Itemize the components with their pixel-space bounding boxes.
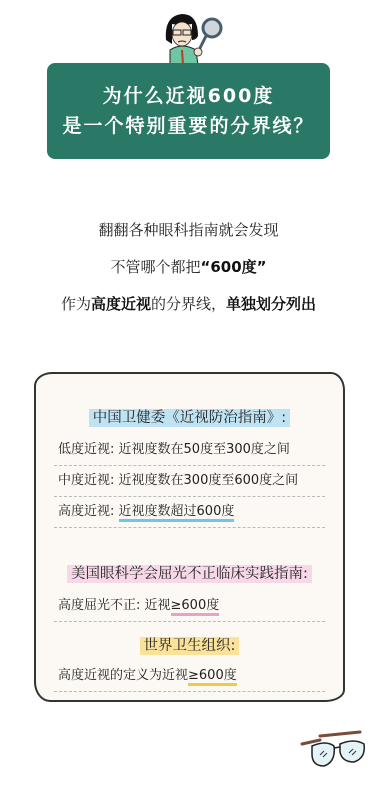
section-title: 美国眼科学会屈光不正临床实践指南: <box>67 565 312 583</box>
row-label: 高度近视: <box>58 504 114 519</box>
row-label: 高度近视的定义为近视 <box>58 668 188 683</box>
row-label: 高度屈光不正: 近视 <box>58 598 171 613</box>
list-item: 高度近视的定义为近视≥600度 <box>54 661 325 692</box>
list-item: 低度近视: 近视度数在50度至300度之间 <box>54 435 325 466</box>
doctor-with-magnifier-icon <box>152 10 232 65</box>
intro-line-3-text-a: 作为 <box>61 295 91 313</box>
intro-line-3: 作为高度近视的分界线，单独划分列出 <box>0 292 377 329</box>
intro-text: 翻翻各种眼科指南就会发现 不管哪个都把“600度” 作为高度近视的分界线，单独划… <box>0 218 377 329</box>
intro-line-3-text-b: 的分界线， <box>151 295 226 313</box>
eyeglasses-icon <box>300 728 370 773</box>
row-value: 近视度数超过600度 <box>119 504 235 522</box>
list-item: 高度屈光不正: 近视≥600度 <box>54 591 325 622</box>
intro-line-2: 不管哪个都把“600度” <box>0 255 377 292</box>
guidelines-card: 中国卫健委《近视防治指南》: 低度近视: 近视度数在50度至300度之间 中度近… <box>34 372 345 702</box>
intro-line-2-bold: “600度” <box>200 258 266 276</box>
row-value: ≥600度 <box>188 668 237 686</box>
section-title: 世界卫生组织: <box>140 637 240 655</box>
intro-line-1: 翻翻各种眼科指南就会发现 <box>0 218 377 255</box>
section-aao: 美国眼科学会屈光不正临床实践指南: 高度屈光不正: 近视≥600度 <box>36 562 343 622</box>
title-banner: 为什么近视600度 是一个特别重要的分界线？ <box>47 63 330 159</box>
title-line-1: 为什么近视600度 <box>103 81 275 111</box>
row-label: 中度近视: <box>58 473 114 488</box>
section-china-nhc: 中国卫健委《近视防治指南》: 低度近视: 近视度数在50度至300度之间 中度近… <box>36 406 343 528</box>
title-line-2: 是一个特别重要的分界线？ <box>62 111 314 141</box>
intro-line-3-bold-a: 高度近视 <box>91 295 151 313</box>
intro-line-3-bold-b: 单独划分列出 <box>226 295 316 313</box>
intro-line-2-text: 不管哪个都把 <box>110 258 200 276</box>
list-item: 中度近视: 近视度数在300度至600度之间 <box>54 466 325 497</box>
row-value: 近视度数在300度至600度之间 <box>119 473 299 488</box>
section-title: 中国卫健委《近视防治指南》: <box>89 409 290 427</box>
row-value: 近视度数在50度至300度之间 <box>119 442 290 457</box>
row-value: ≥600度 <box>171 598 220 616</box>
section-who: 世界卫生组织: 高度近视的定义为近视≥600度 <box>36 634 343 692</box>
row-label: 低度近视: <box>58 442 114 457</box>
list-item: 高度近视: 近视度数超过600度 <box>54 497 325 528</box>
